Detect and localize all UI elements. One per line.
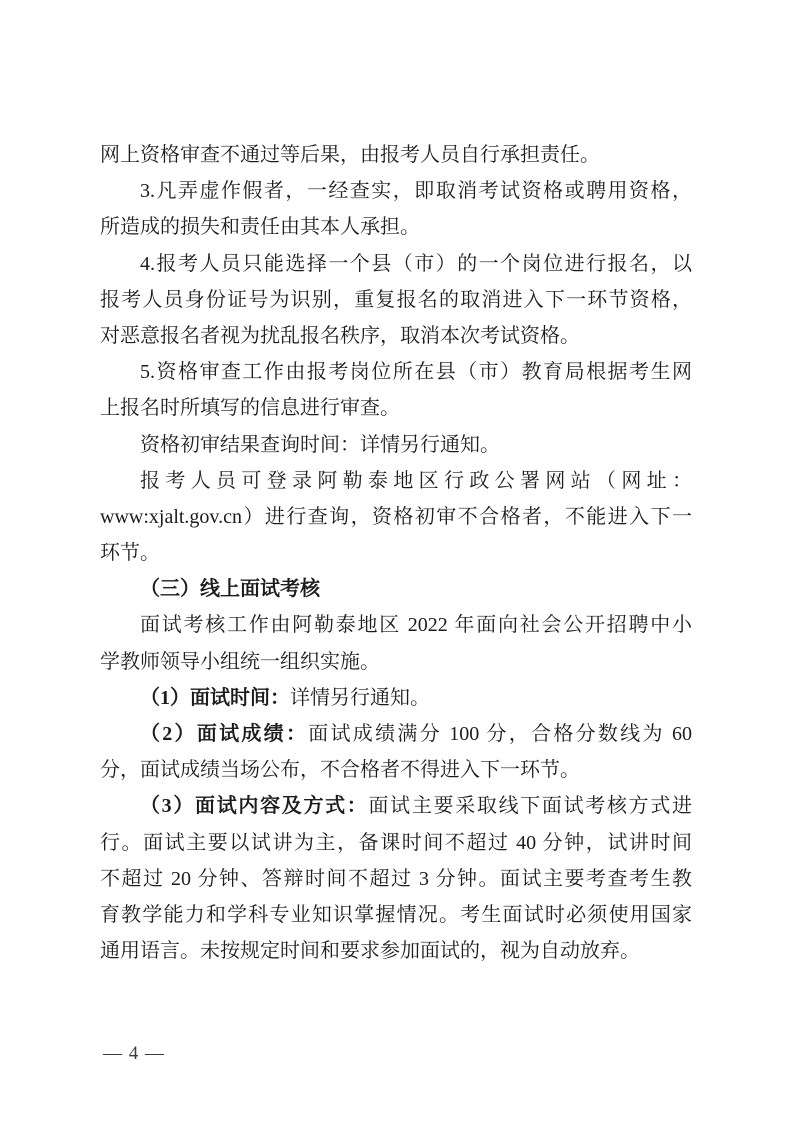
text-run: 行。面试主要以试讲为主，备课时间不超过 40 分钟，试讲时间 (100, 832, 692, 854)
text-run: 对恶意报名者视为扰乱报名秩序，取消本次考试资格。 (100, 325, 580, 347)
text-run: 网上资格审查不通过等后果，由报考人员自行承担责任。 (100, 144, 600, 166)
text-line: 对恶意报名者视为扰乱报名秩序，取消本次考试资格。 (100, 318, 692, 354)
document-body: 网上资格审查不通过等后果，由报考人员自行承担责任。3.凡弄虚作假者，一经查实，即… (100, 137, 692, 969)
text-run: 所造成的损失和责任由其本人承担。 (100, 216, 420, 238)
text-line: 分，面试成绩当场公布，不合格者不得进入下一环节。 (100, 752, 692, 788)
text-run: 环节。 (100, 542, 160, 564)
text-run: 面试成绩满分 100 分，合格分数线为 60 (308, 723, 692, 745)
text-run: 分，面试成绩当场公布，不合格者不得进入下一环节。 (100, 759, 580, 781)
text-run: 通用语言。未按规定时间和要求参加面试的，视为自动放弃。 (100, 940, 640, 962)
text-line: 4.报考人员只能选择一个县（市）的一个岗位进行报名，以 (100, 246, 692, 282)
text-line: www:xjalt.gov.cn）进行查询，资格初审不合格者，不能进入下一 (100, 499, 692, 535)
text-line: （3）面试内容及方式：面试主要采取线下面试考核方式进 (100, 788, 692, 824)
text-line: 学教师领导小组统一组织实施。 (100, 644, 692, 680)
text-line: （2）面试成绩：面试成绩满分 100 分，合格分数线为 60 (100, 716, 692, 752)
text-line: 5.资格审查工作由报考岗位所在县（市）教育局根据考生网 (100, 354, 692, 390)
text-run: 报考人员身份证号为识别，重复报名的取消进入下一环节资格， (100, 289, 692, 311)
text-line: 报考人员身份证号为识别，重复报名的取消进入下一环节资格， (100, 282, 692, 318)
page-number: — 4 — (103, 1043, 165, 1064)
text-line: 不超过 20 分钟、答辩时间不超过 3 分钟。面试主要考查考生教 (100, 861, 692, 897)
text-line: 育教学能力和学科专业知识掌握情况。考生面试时必须使用国家 (100, 897, 692, 933)
text-line: 资格初审结果查询时间：详情另行通知。 (100, 427, 692, 463)
bold-text-run: （2）面试成绩： (140, 723, 308, 745)
text-line: 所造成的损失和责任由其本人承担。 (100, 209, 692, 245)
text-run: 4.报考人员只能选择一个县（市）的一个岗位进行报名，以 (140, 253, 692, 275)
text-line: 面试考核工作由阿勒泰地区 2022 年面向社会公开招聘中小 (100, 607, 692, 643)
page-footer: — 4 — (103, 1042, 165, 1066)
bold-text-run: （1）面试时间： (140, 687, 290, 709)
text-run: 3.凡弄虚作假者，一经查实，即取消考试资格或聘用资格， (140, 180, 692, 202)
text-line: 上报名时所填写的信息进行审查。 (100, 390, 692, 426)
bold-text-run: （3）面试内容及方式： (140, 795, 368, 817)
text-line: 通用语言。未按规定时间和要求参加面试的，视为自动放弃。 (100, 933, 692, 969)
text-run: 育教学能力和学科专业知识掌握情况。考生面试时必须使用国家 (100, 904, 692, 926)
text-run: 报考人员可登录阿勒泰地区行政公署网站（网址： (140, 470, 692, 492)
text-line: （1）面试时间：详情另行通知。 (100, 680, 692, 716)
text-run: 学教师领导小组统一组织实施。 (100, 651, 380, 673)
text-line: 3.凡弄虚作假者，一经查实，即取消考试资格或聘用资格， (100, 173, 692, 209)
document-page: 网上资格审查不通过等后果，由报考人员自行承担责任。3.凡弄虚作假者，一经查实，即… (0, 0, 793, 1122)
text-line: 报考人员可登录阿勒泰地区行政公署网站（网址： (100, 463, 692, 499)
text-line: 环节。 (100, 535, 692, 571)
text-run: 面试主要采取线下面试考核方式进 (368, 795, 692, 817)
text-run: 上报名时所填写的信息进行审查。 (100, 397, 400, 419)
text-run: 资格初审结果查询时间：详情另行通知。 (140, 434, 500, 456)
text-run: 详情另行通知。 (290, 687, 430, 709)
text-run: 5.资格审查工作由报考岗位所在县（市）教育局根据考生网 (140, 361, 692, 383)
section-heading: （三）线上面试考核 (100, 571, 692, 607)
text-run: 面试考核工作由阿勒泰地区 2022 年面向社会公开招聘中小 (140, 614, 692, 636)
text-run: www:xjalt.gov.cn）进行查询，资格初审不合格者，不能进入下一 (100, 506, 692, 528)
bold-text-run: （三）线上面试考核 (140, 578, 320, 600)
text-line: 行。面试主要以试讲为主，备课时间不超过 40 分钟，试讲时间 (100, 825, 692, 861)
text-line: 网上资格审查不通过等后果，由报考人员自行承担责任。 (100, 137, 692, 173)
text-run: 不超过 20 分钟、答辩时间不超过 3 分钟。面试主要考查考生教 (100, 868, 692, 890)
